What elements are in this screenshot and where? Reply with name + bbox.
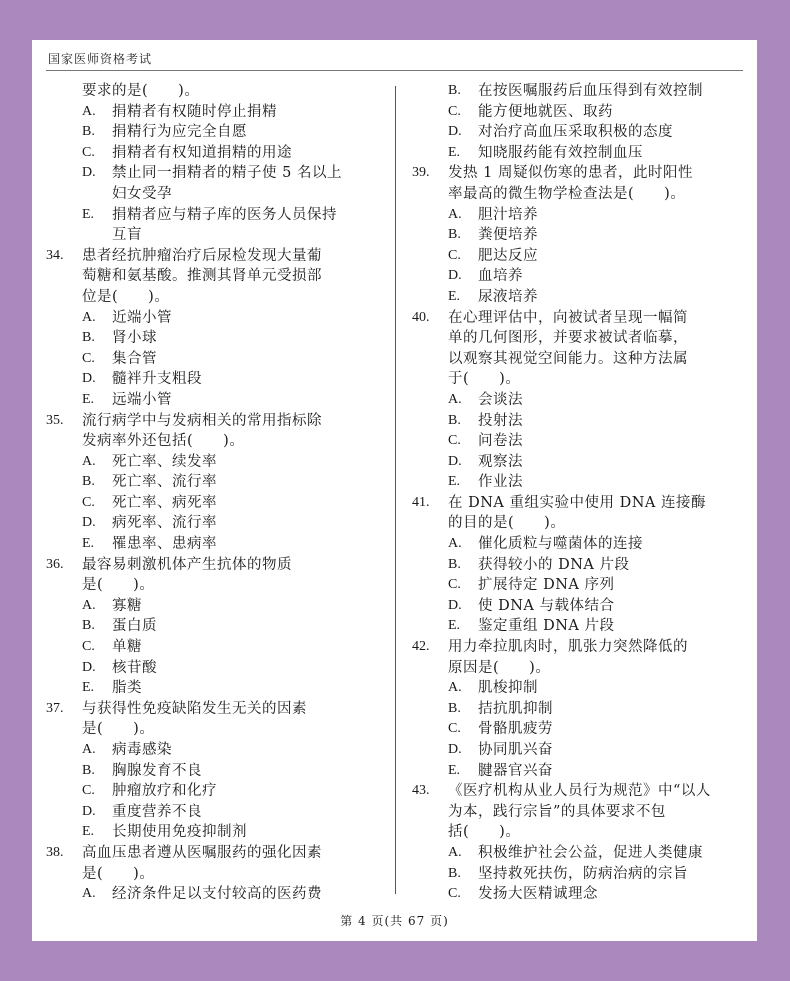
option-line: E.罹患率、患病率 [46, 534, 376, 555]
option-line: C.死亡率、病死率 [46, 493, 376, 514]
option-line: D.对治疗高血压采取积极的态度 [412, 122, 742, 143]
option-text: 会谈法 [478, 390, 523, 411]
question-stem-line: 为本，践行宗旨”的具体要求不包 [412, 802, 742, 823]
question-stem-line: 萄糖和氨基酸。推测其肾单元受损部 [46, 266, 376, 287]
option-line: E.远端小管 [46, 390, 376, 411]
question-stem-text: 是( )。 [46, 866, 154, 882]
option-text: 经济条件足以支付较高的医药费 [112, 884, 322, 905]
question-stem-line: 的目的是( )。 [412, 513, 742, 534]
question-stem-text: 是( )。 [46, 721, 154, 737]
question-stem-text: 萄糖和氨基酸。推测其肾单元受损部 [46, 268, 322, 284]
option-letter: D. [82, 163, 96, 184]
option-line: E.尿液培养 [412, 287, 742, 308]
question-stem-line: 35.流行病学中与发病相关的常用指标除 [46, 411, 376, 432]
question-42: 42.用力牵拉肌肉时，肌张力突然降低的原因是( )。A.肌梭抑制B.拮抗肌抑制C… [412, 637, 742, 781]
question-stem-line: 发病率外还包括( )。 [46, 431, 376, 452]
option-text: 肾小球 [112, 328, 157, 349]
option-text: 能方便地就医、取药 [478, 102, 613, 123]
option-text: 死亡率、病死率 [112, 493, 217, 514]
option-letter: B. [82, 328, 95, 349]
question-number: 35. [46, 411, 82, 432]
option-letter: C. [448, 884, 461, 905]
option-letter: D. [82, 369, 96, 390]
question-number: 36. [46, 555, 82, 576]
option-letter: A. [82, 884, 96, 905]
option-text: 死亡率、续发率 [112, 452, 217, 473]
option-letter: B. [82, 616, 95, 637]
option-line: D.协同肌兴奋 [412, 740, 742, 761]
option-letter: C. [82, 781, 95, 802]
question-41: 41.在 DNA 重组实验中使用 DNA 连接酶的目的是( )。A.催化质粒与噬… [412, 493, 742, 637]
option-line: D.禁止同一捐精者的精子使 5 名以上 [46, 163, 376, 184]
option-line: E.长期使用免疫抑制剂 [46, 822, 376, 843]
question-stem-line: 34.患者经抗肿瘤治疗后尿检发现大量葡 [46, 246, 376, 267]
option-line: E.脂类 [46, 678, 376, 699]
option-line: E.知晓服药能有效控制血压 [412, 143, 742, 164]
option-letter: A. [448, 534, 462, 555]
option-text: 病死率、流行率 [112, 513, 217, 534]
question-38: 38.高血压患者遵从医嘱服药的强化因素是( )。A.经济条件足以支付较高的医药费 [46, 843, 376, 905]
option-letter: E. [448, 143, 460, 164]
option-letter: A. [82, 102, 96, 123]
option-text: 腱器官兴奋 [478, 761, 553, 782]
option-text: 禁止同一捐精者的精子使 5 名以上 [112, 163, 342, 184]
option-text: 获得较小的 DNA 片段 [478, 555, 630, 576]
option-text: 单糖 [112, 637, 142, 658]
question-stem-text: 的目的是( )。 [412, 515, 565, 531]
option-text: 投射法 [478, 411, 523, 432]
question-number: 40. [412, 308, 448, 329]
option-letter: C. [82, 349, 95, 370]
exam-page: 国家医师资格考试 要求的是( )。A.捐精者有权随时停止捐精B.捐精行为应完全自… [32, 40, 757, 941]
option-line: B.拮抗肌抑制 [412, 699, 742, 720]
column-divider [395, 86, 396, 894]
option-letter: D. [82, 513, 96, 534]
question-stem-text: 与获得性免疫缺陷发生无关的因素 [82, 699, 307, 720]
option-line: C.肥达反应 [412, 246, 742, 267]
option-line: B.投射法 [412, 411, 742, 432]
option-text-continued: 妇女受孕 [46, 186, 172, 202]
question-stem-text: 《医疗机构从业人员行为规范》中“以人 [448, 781, 711, 802]
option-line: B.粪便培养 [412, 225, 742, 246]
option-line: D.使 DNA 与载体结合 [412, 596, 742, 617]
option-text: 寡糖 [112, 596, 142, 617]
question-stem-line: 括( )。 [412, 822, 742, 843]
option-letter: E. [448, 616, 460, 637]
option-text: 鉴定重组 DNA 片段 [478, 616, 615, 637]
option-line: B.获得较小的 DNA 片段 [412, 555, 742, 576]
question-36: 36.最容易刺激机体产生抗体的物质是( )。A.寡糖B.蛋白质C.单糖D.核苷酸… [46, 555, 376, 699]
option-letter: B. [448, 555, 461, 576]
option-line: B.坚持救死扶伤，防病治病的宗旨 [412, 864, 742, 885]
option-text: 胸腺发育不良 [112, 761, 202, 782]
question-stem-text: 要求的是( )。 [46, 83, 199, 99]
question-37: 37.与获得性免疫缺陷发生无关的因素是( )。A.病毒感染B.胸腺发育不良C.肿… [46, 699, 376, 843]
question-34: 34.患者经抗肿瘤治疗后尿检发现大量葡萄糖和氨基酸。推测其肾单元受损部位是( )… [46, 246, 376, 411]
option-text: 蛋白质 [112, 616, 157, 637]
option-letter: C. [82, 143, 95, 164]
option-letter: D. [82, 658, 96, 679]
option-line: 妇女受孕 [46, 184, 376, 205]
option-line: D.核苷酸 [46, 658, 376, 679]
option-line: C.扩展待定 DNA 序列 [412, 575, 742, 596]
option-text: 远端小管 [112, 390, 172, 411]
option-letter: A. [448, 678, 462, 699]
question-stem-line: 41.在 DNA 重组实验中使用 DNA 连接酶 [412, 493, 742, 514]
option-text: 粪便培养 [478, 225, 538, 246]
option-text: 在按医嘱服药后血压得到有效控制 [478, 81, 703, 102]
question-number: 41. [412, 493, 448, 514]
header-rule [46, 70, 743, 71]
option-line: E.腱器官兴奋 [412, 761, 742, 782]
option-letter: B. [448, 225, 461, 246]
question-stem-text: 原因是( )。 [412, 660, 550, 676]
option-letter: E. [82, 390, 94, 411]
option-line: A.捐精者有权随时停止捐精 [46, 102, 376, 123]
option-letter: E. [82, 205, 94, 226]
option-letter: E. [82, 678, 94, 699]
option-line: B.死亡率、流行率 [46, 472, 376, 493]
option-letter: B. [82, 472, 95, 493]
option-line: D.重度营养不良 [46, 802, 376, 823]
question-stem-text: 最容易刺激机体产生抗体的物质 [82, 555, 292, 576]
option-letter: B. [448, 411, 461, 432]
question-stem-line: 于( )。 [412, 369, 742, 390]
option-line: A.经济条件足以支付较高的医药费 [46, 884, 376, 905]
question-stem-line: 40.在心理评估中，向被试者呈现一幅简 [412, 308, 742, 329]
option-line: A.死亡率、续发率 [46, 452, 376, 473]
question-43: 43.《医疗机构从业人员行为规范》中“以人为本，践行宗旨”的具体要求不包括( )… [412, 781, 742, 905]
question-number: 38. [46, 843, 82, 864]
option-text: 作业法 [478, 472, 523, 493]
page-number-footer: 第 4 页(共 67 页) [32, 912, 757, 929]
question-number: 34. [46, 246, 82, 267]
option-line: C.集合管 [46, 349, 376, 370]
option-letter: D. [448, 740, 462, 761]
option-text: 捐精者应与精子库的医务人员保持 [112, 205, 337, 226]
option-text: 对治疗高血压采取积极的态度 [478, 122, 673, 143]
option-line: B.捐精行为应完全自愿 [46, 122, 376, 143]
question-stem-text: 率最高的微生物学检查法是( )。 [412, 186, 685, 202]
option-letter: B. [448, 81, 461, 102]
option-letter: E. [448, 472, 460, 493]
question-number: 42. [412, 637, 448, 658]
question-stem-text: 在 DNA 重组实验中使用 DNA 连接酶 [448, 493, 706, 514]
option-text: 催化质粒与噬菌体的连接 [478, 534, 643, 555]
option-text: 病毒感染 [112, 740, 172, 761]
option-text: 重度营养不良 [112, 802, 202, 823]
option-line: B.胸腺发育不良 [46, 761, 376, 782]
option-letter: A. [448, 205, 462, 226]
option-letter: D. [82, 802, 96, 823]
question-35: 35.流行病学中与发病相关的常用指标除发病率外还包括( )。A.死亡率、续发率B… [46, 411, 376, 555]
option-text: 知晓服药能有效控制血压 [478, 143, 643, 164]
option-letter: C. [448, 246, 461, 267]
option-line: E.鉴定重组 DNA 片段 [412, 616, 742, 637]
option-text: 近端小管 [112, 308, 172, 329]
option-letter: B. [448, 699, 461, 720]
right-column: B.在按医嘱服药后血压得到有效控制C.能方便地就医、取药D.对治疗高血压采取积极… [412, 81, 742, 905]
option-letter: D. [448, 122, 462, 143]
question-stem-text: 患者经抗肿瘤治疗后尿检发现大量葡 [82, 246, 322, 267]
option-letter: B. [448, 864, 461, 885]
option-line: C.问卷法 [412, 431, 742, 452]
question-stem-line: 43.《医疗机构从业人员行为规范》中“以人 [412, 781, 742, 802]
question-stem-text: 高血压患者遵从医嘱服药的强化因素 [82, 843, 322, 864]
left-column: 要求的是( )。A.捐精者有权随时停止捐精B.捐精行为应完全自愿C.捐精者有权知… [46, 81, 376, 905]
option-line: C.骨骼肌疲劳 [412, 719, 742, 740]
option-line: A.胆汁培养 [412, 205, 742, 226]
option-line: C.肿瘤放疗和化疗 [46, 781, 376, 802]
option-text: 捐精者有权知道捐精的用途 [112, 143, 292, 164]
option-letter: D. [448, 266, 462, 287]
option-letter: A. [448, 843, 462, 864]
question-stem-text: 流行病学中与发病相关的常用指标除 [82, 411, 322, 432]
question-stem-line: 38.高血压患者遵从医嘱服药的强化因素 [46, 843, 376, 864]
question-stem-text: 在心理评估中，向被试者呈现一幅简 [448, 308, 688, 329]
question-39: 39.发热 1 周疑似伤寒的患者，此时阳性率最高的微生物学检查法是( )。A.胆… [412, 163, 742, 307]
option-line: A.积极维护社会公益，促进人类健康 [412, 843, 742, 864]
option-line: D.髓袢升支粗段 [46, 369, 376, 390]
option-text: 罹患率、患病率 [112, 534, 217, 555]
option-letter: C. [448, 575, 461, 596]
option-text: 拮抗肌抑制 [478, 699, 553, 720]
option-letter: A. [82, 308, 96, 329]
option-line: E.作业法 [412, 472, 742, 493]
option-text: 协同肌兴奋 [478, 740, 553, 761]
option-text: 血培养 [478, 266, 523, 287]
option-line: A.肌梭抑制 [412, 678, 742, 699]
option-text: 胆汁培养 [478, 205, 538, 226]
question-stem-text: 单的几何图形，并要求被试者临摹， [412, 330, 688, 346]
question-stem-text: 括( )。 [412, 824, 520, 840]
option-line: A.催化质粒与噬菌体的连接 [412, 534, 742, 555]
question-stem-line: 37.与获得性免疫缺陷发生无关的因素 [46, 699, 376, 720]
question-stem-line: 原因是( )。 [412, 658, 742, 679]
option-line: C.单糖 [46, 637, 376, 658]
option-text: 肥达反应 [478, 246, 538, 267]
option-text: 髓袢升支粗段 [112, 369, 202, 390]
option-line: C.能方便地就医、取药 [412, 102, 742, 123]
question-stem-text: 为本，践行宗旨”的具体要求不包 [412, 804, 666, 820]
option-letter: A. [82, 596, 96, 617]
question-stem-line: 是( )。 [46, 575, 376, 596]
option-line: B.肾小球 [46, 328, 376, 349]
question-stem-line: 单的几何图形，并要求被试者临摹， [412, 328, 742, 349]
option-line: A.会谈法 [412, 390, 742, 411]
question-number: 39. [412, 163, 448, 184]
option-letter: C. [82, 493, 95, 514]
option-letter: A. [448, 390, 462, 411]
question-stem-line: 39.发热 1 周疑似伤寒的患者，此时阳性 [412, 163, 742, 184]
option-letter: A. [82, 740, 96, 761]
question-number: 37. [46, 699, 82, 720]
question-stem-line: 位是( )。 [46, 287, 376, 308]
question-stem-text: 位是( )。 [46, 289, 169, 305]
question-stem-line: 要求的是( )。 [46, 81, 376, 102]
option-line: D.病死率、流行率 [46, 513, 376, 534]
option-line: B.蛋白质 [46, 616, 376, 637]
option-text: 集合管 [112, 349, 157, 370]
option-text: 坚持救死扶伤，防病治病的宗旨 [478, 864, 688, 885]
option-line: 互盲 [46, 225, 376, 246]
running-header-title: 国家医师资格考试 [48, 50, 152, 67]
option-letter: E. [82, 534, 94, 555]
option-line: D.观察法 [412, 452, 742, 473]
option-text: 骨骼肌疲劳 [478, 719, 553, 740]
option-text: 积极维护社会公益，促进人类健康 [478, 843, 703, 864]
question-stem-text: 发热 1 周疑似伤寒的患者，此时阳性 [448, 163, 693, 184]
option-text: 问卷法 [478, 431, 523, 452]
option-text-continued: 互盲 [46, 227, 142, 243]
option-line: C.发扬大医精诚理念 [412, 884, 742, 905]
question-stem-line: 率最高的微生物学检查法是( )。 [412, 184, 742, 205]
question-stem-text: 于( )。 [412, 371, 520, 387]
question-number: 43. [412, 781, 448, 802]
option-text: 肌梭抑制 [478, 678, 538, 699]
question-40: 40.在心理评估中，向被试者呈现一幅简单的几何图形，并要求被试者临摹，以观察其视… [412, 308, 742, 493]
option-letter: C. [82, 637, 95, 658]
question-continuation: 要求的是( )。A.捐精者有权随时停止捐精B.捐精行为应完全自愿C.捐精者有权知… [46, 81, 376, 246]
option-text: 死亡率、流行率 [112, 472, 217, 493]
question-stem-text: 发病率外还包括( )。 [46, 433, 244, 449]
option-letter: A. [82, 452, 96, 473]
option-letter: D. [448, 452, 462, 473]
question-stem-line: 是( )。 [46, 719, 376, 740]
option-text: 使 DNA 与载体结合 [478, 596, 615, 617]
option-line: D.血培养 [412, 266, 742, 287]
option-text: 捐精者有权随时停止捐精 [112, 102, 277, 123]
question-stem-line: 是( )。 [46, 864, 376, 885]
option-letter: B. [82, 761, 95, 782]
option-line: E.捐精者应与精子库的医务人员保持 [46, 205, 376, 226]
option-line: B.在按医嘱服药后血压得到有效控制 [412, 81, 742, 102]
option-text: 脂类 [112, 678, 142, 699]
option-letter: E. [448, 761, 460, 782]
question-stem-text: 是( )。 [46, 577, 154, 593]
option-letter: C. [448, 431, 461, 452]
question-stem-line: 36.最容易刺激机体产生抗体的物质 [46, 555, 376, 576]
option-text: 发扬大医精诚理念 [478, 884, 598, 905]
question-stem-text: 用力牵拉肌肉时，肌张力突然降低的 [448, 637, 688, 658]
question-stem-line: 42.用力牵拉肌肉时，肌张力突然降低的 [412, 637, 742, 658]
option-line: C.捐精者有权知道捐精的用途 [46, 143, 376, 164]
option-text: 长期使用免疫抑制剂 [112, 822, 247, 843]
question-stem-line: 以观察其视觉空间能力。这种方法属 [412, 349, 742, 370]
option-text: 肿瘤放疗和化疗 [112, 781, 217, 802]
question-stem-text: 以观察其视觉空间能力。这种方法属 [412, 351, 688, 367]
option-line: A.近端小管 [46, 308, 376, 329]
option-text: 扩展待定 DNA 序列 [478, 575, 615, 596]
option-text: 核苷酸 [112, 658, 157, 679]
option-line: A.寡糖 [46, 596, 376, 617]
option-text: 捐精行为应完全自愿 [112, 122, 247, 143]
option-letter: E. [448, 287, 460, 308]
option-text: 尿液培养 [478, 287, 538, 308]
option-letter: C. [448, 102, 461, 123]
option-line: A.病毒感染 [46, 740, 376, 761]
option-text: 观察法 [478, 452, 523, 473]
option-letter: B. [82, 122, 95, 143]
option-letter: D. [448, 596, 462, 617]
option-letter: C. [448, 719, 461, 740]
option-letter: E. [82, 822, 94, 843]
question-continuation: B.在按医嘱服药后血压得到有效控制C.能方便地就医、取药D.对治疗高血压采取积极… [412, 81, 742, 163]
